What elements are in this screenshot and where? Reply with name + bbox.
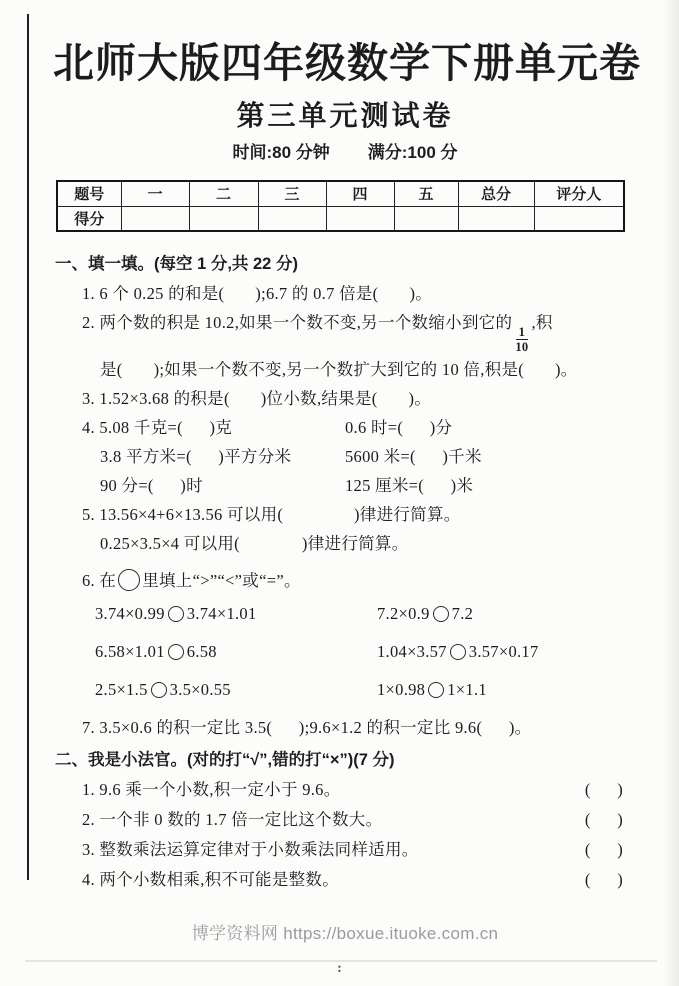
question-2-text-a: 2. 两个数的积是 10.2,如果一个数不变,另一个数缩小到它的	[82, 313, 512, 332]
page-subtitle: 第三单元测试卷	[55, 100, 635, 134]
comparison-pair: 1×0.981×1.1	[377, 680, 487, 699]
score-header-cell: 评分人	[534, 181, 624, 206]
bottom-colon-mark: :	[0, 961, 679, 977]
comparison-row: 6.58×1.016.581.04×3.573.57×0.17	[55, 633, 635, 671]
unit-conversion-right: 125 厘米=( )米	[345, 476, 473, 495]
question-4-row2: 3.8 平方米=( )平方分米5600 米=( )千米	[55, 442, 635, 471]
comparison-pair: 6.58×1.016.58	[95, 633, 377, 671]
expr-right: 1×1.1	[447, 680, 487, 699]
question-4-row3: 90 分=( )时125 厘米=( )米	[55, 471, 635, 500]
comparison-pair: 1.04×3.573.57×0.17	[377, 642, 539, 661]
expr-right: 3.5×0.55	[170, 680, 231, 699]
true-false-item: 1. 9.6 乘一个小数,积一定小于 9.6。( )	[55, 775, 635, 805]
question-2-line2: 是( );如果一个数不变,另一个数扩大到它的 10 倍,积是( )。	[55, 355, 635, 384]
score-header-cell: 三	[258, 181, 326, 206]
comparison-pair: 2.5×1.53.5×0.55	[95, 671, 377, 709]
score-blank-cell	[258, 206, 326, 231]
question-7: 7. 3.5×0.6 的积一定比 3.5( );9.6×1.2 的积一定比 9.…	[55, 713, 635, 742]
score-blank-cell	[534, 206, 624, 231]
question-6-text-pre: 6. 在	[82, 571, 116, 590]
section2-heading: 二、我是小法官。(对的打“√”,错的打“×”)(7 分)	[55, 746, 635, 775]
question-3: 3. 1.52×3.68 的积是( )位小数,结果是( )。	[55, 384, 635, 413]
true-false-item: 3. 整数乘法运算定律对于小数乘法同样适用。( )	[55, 835, 635, 865]
time-limit-label: 时间:80 分钟	[232, 143, 329, 162]
compare-circle-icon	[118, 569, 140, 591]
expr-right: 6.58	[187, 642, 217, 661]
tf-answer-blank: ( )	[585, 805, 623, 835]
expr-left: 7.2×0.9	[377, 604, 430, 623]
score-header-cell: 题号	[57, 181, 121, 206]
fraction-denominator: 10	[515, 340, 528, 354]
question-2-text-b: ,积	[531, 313, 552, 332]
expr-left: 3.74×0.99	[95, 604, 165, 623]
unit-conversion-left: 90 分=( )时	[100, 471, 345, 500]
question-5-line1: 5. 13.56×4+6×13.56 可以用( )律进行简算。	[55, 500, 635, 529]
tf-answer-blank: ( )	[585, 865, 623, 895]
score-row-label: 得分	[57, 206, 121, 231]
tf-statement: 3. 整数乘法运算定律对于小数乘法同样适用。	[82, 835, 419, 865]
score-table-score-row: 得分	[57, 206, 624, 231]
score-table: 题号 一 二 三 四 五 总分 评分人 得分	[56, 180, 625, 232]
score-header-cell: 一	[121, 181, 189, 206]
score-blank-cell	[121, 206, 189, 231]
full-score-label: 满分:100 分	[368, 143, 458, 162]
expr-left: 6.58×1.01	[95, 642, 165, 661]
question-1: 1. 6 个 0.25 的和是( );6.7 的 0.7 倍是( )。	[55, 279, 635, 308]
score-blank-cell	[394, 206, 458, 231]
tf-statement: 1. 9.6 乘一个小数,积一定小于 9.6。	[82, 775, 341, 805]
true-false-item: 4. 两个小数相乘,积不可能是整数。( )	[55, 865, 635, 895]
score-table-header-row: 题号 一 二 三 四 五 总分 评分人	[57, 181, 624, 206]
question-6-heading: 6. 在里填上“>”“<”或“=”。	[55, 566, 635, 595]
compare-circle-blank	[151, 682, 167, 698]
expr-left: 1×0.98	[377, 680, 425, 699]
score-header-cell: 二	[189, 181, 258, 206]
test-paper: 北师大版四年级数学下册单元卷 第三单元测试卷 时间:80 分钟满分:100 分 …	[55, 0, 635, 944]
score-header-cell: 四	[326, 181, 394, 206]
expr-right: 3.57×0.17	[469, 642, 539, 661]
comparison-pair: 7.2×0.97.2	[377, 604, 473, 623]
expr-right: 3.74×1.01	[187, 604, 257, 623]
tf-statement: 4. 两个小数相乘,积不可能是整数。	[82, 865, 339, 895]
tf-answer-blank: ( )	[585, 775, 623, 805]
expr-right: 7.2	[452, 604, 474, 623]
compare-circle-blank	[433, 606, 449, 622]
page-title: 北师大版四年级数学下册单元卷	[53, 0, 635, 86]
compare-circle-blank	[428, 682, 444, 698]
score-blank-cell	[189, 206, 258, 231]
exam-meta: 时间:80 分钟满分:100 分	[55, 142, 635, 164]
section1-heading: 一、填一填。(每空 1 分,共 22 分)	[55, 250, 635, 279]
unit-conversion-left: 3.8 平方米=( )平方分米	[100, 442, 345, 471]
score-blank-cell	[326, 206, 394, 231]
score-header-cell: 五	[394, 181, 458, 206]
fraction-one-tenth: 110	[515, 325, 528, 355]
compare-circle-blank	[168, 606, 184, 622]
compare-circle-blank	[450, 644, 466, 660]
compare-circle-blank	[168, 644, 184, 660]
unit-conversion-left: 4. 5.08 千克=( )克	[82, 413, 345, 442]
tf-statement: 2. 一个非 0 数的 1.7 倍一定比这个数大。	[82, 805, 382, 835]
score-header-cell: 总分	[458, 181, 534, 206]
comparison-row: 3.74×0.993.74×1.017.2×0.97.2	[55, 595, 635, 633]
question-6-text-post: 里填上“>”“<”或“=”。	[142, 571, 301, 590]
score-blank-cell	[458, 206, 534, 231]
unit-conversion-right: 5600 米=( )千米	[345, 447, 482, 466]
expr-left: 1.04×3.57	[377, 642, 447, 661]
question-4-row1: 4. 5.08 千克=( )克0.6 时=( )分	[55, 413, 635, 442]
true-false-item: 2. 一个非 0 数的 1.7 倍一定比这个数大。( )	[55, 805, 635, 835]
tf-answer-blank: ( )	[585, 835, 623, 865]
unit-conversion-right: 0.6 时=( )分	[345, 418, 452, 437]
question-5-line2: 0.25×3.5×4 可以用( )律进行简算。	[55, 529, 635, 558]
page-edge-shadow	[663, 0, 679, 986]
fraction-numerator: 1	[516, 325, 529, 340]
expr-left: 2.5×1.5	[95, 680, 148, 699]
question-2-line1: 2. 两个数的积是 10.2,如果一个数不变,另一个数缩小到它的110,积	[55, 308, 635, 355]
left-binding-line	[27, 14, 29, 880]
comparison-row: 2.5×1.53.5×0.551×0.981×1.1	[55, 671, 635, 709]
footer-watermark: 博学资料网 https://boxue.ituoke.com.cn	[55, 919, 635, 944]
comparison-pair: 3.74×0.993.74×1.01	[95, 595, 377, 633]
